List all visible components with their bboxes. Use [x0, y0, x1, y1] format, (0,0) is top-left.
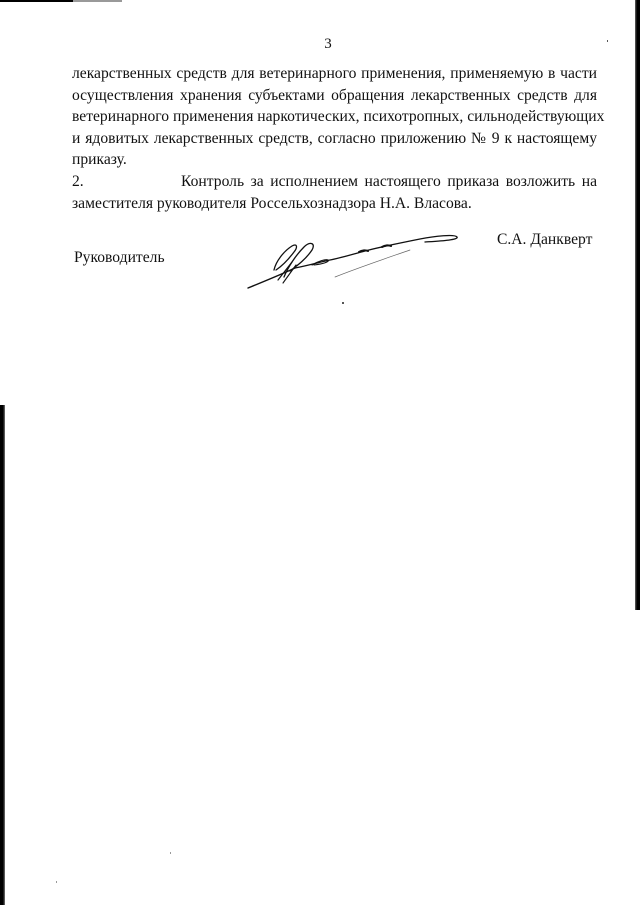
- scan-speck: [170, 852, 171, 854]
- scan-speck: [56, 881, 57, 883]
- scan-speck: [607, 40, 608, 42]
- signature-icon: [240, 225, 470, 295]
- document-page: 3 лекарственных средств для ветеринарног…: [0, 0, 640, 905]
- scan-speck: [342, 302, 344, 304]
- signer-position: Руководитель: [74, 249, 165, 267]
- scan-edge-left: [0, 405, 5, 905]
- signer-name: С.А. Данкверт: [497, 231, 592, 249]
- signature-block: Руководитель: [0, 0, 640, 320]
